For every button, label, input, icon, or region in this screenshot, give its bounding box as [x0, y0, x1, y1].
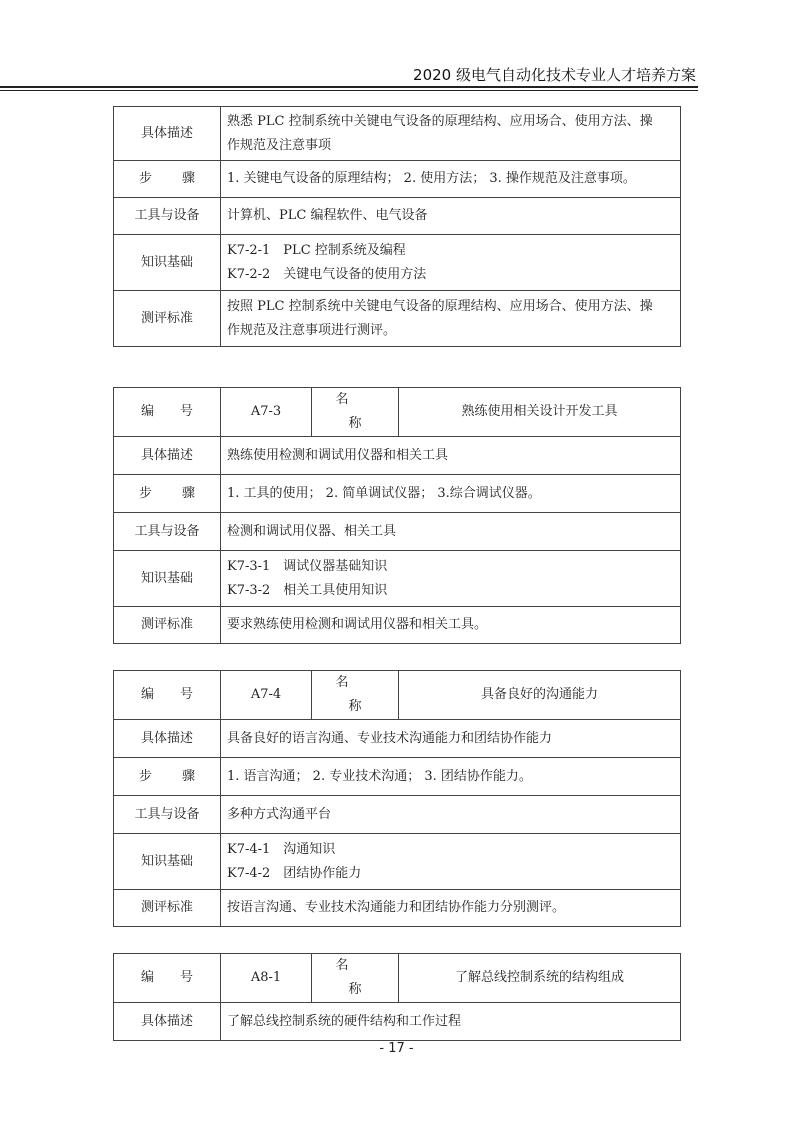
project-table-a8-1: 编号 A8-1 名称 了解总线控制系统的结构组成 具体描述 了解总线控制系统的硬… [113, 953, 681, 1041]
value-tools: 计算机、PLC 编程软件、电气设备 [221, 198, 681, 235]
label-description: 具体描述 [114, 1003, 221, 1041]
header-rule-thin [0, 90, 698, 91]
label-steps: 步骤 [114, 475, 221, 513]
row-knowledge: 知识基础 K7-2-1 PLC 控制系统及编程 K7-2-2 关键电气设备的使用… [114, 235, 681, 291]
project-table-a7-3: 编号 A7-3 名称 熟练使用相关设计开发工具 具体描述 熟练使用检测和调试用仪… [113, 387, 681, 644]
value-name: 了解总线控制系统的结构组成 [399, 954, 681, 1003]
value-description: 具备良好的语言沟通、专业技术沟通能力和团结协作能力 [221, 720, 681, 758]
label-code: 编号 [114, 388, 221, 437]
document-header-title: 2020 级电气自动化技术专业人才培养方案 [413, 64, 696, 85]
row-evaluation: 测评标准 要求熟练使用检测和调试用仪器和相关工具。 [114, 607, 681, 644]
row-header: 编号 A7-3 名称 熟练使用相关设计开发工具 [114, 388, 681, 437]
row-description: 具体描述 熟练使用检测和调试用仪器和相关工具 [114, 437, 681, 475]
label-code: 编号 [114, 671, 221, 720]
value-evaluation: 要求熟练使用检测和调试用仪器和相关工具。 [221, 607, 681, 644]
label-tools: 工具与设备 [114, 198, 221, 235]
value-evaluation: 按照 PLC 控制系统中关键电气设备的原理结构、应用场合、使用方法、操 作规范及… [221, 291, 681, 347]
value-code: A8-1 [221, 954, 312, 1003]
value-name: 熟练使用相关设计开发工具 [399, 388, 681, 437]
label-description: 具体描述 [114, 107, 221, 161]
label-tools: 工具与设备 [114, 796, 221, 834]
row-header: 编号 A7-4 名称 具备良好的沟通能力 [114, 671, 681, 720]
row-steps: 步骤 1. 语言沟通； 2. 专业技术沟通； 3. 团结协作能力。 [114, 758, 681, 796]
row-knowledge: 知识基础 K7-4-1 沟通知识 K7-4-2 团结协作能力 [114, 834, 681, 890]
label-evaluation: 测评标准 [114, 291, 221, 347]
project-table-a7-2-continued: 具体描述 熟悉 PLC 控制系统中关键电气设备的原理结构、应用场合、使用方法、操… [113, 106, 681, 347]
value-tools: 检测和调试用仪器、相关工具 [221, 513, 681, 551]
value-steps: 1. 工具的使用； 2. 简单调试仪器； 3.综合调试仪器。 [221, 475, 681, 513]
label-knowledge: 知识基础 [114, 551, 221, 607]
label-name: 名称 [312, 671, 399, 720]
label-knowledge: 知识基础 [114, 235, 221, 291]
value-code: A7-4 [221, 671, 312, 720]
value-knowledge: K7-2-1 PLC 控制系统及编程 K7-2-2 关键电气设备的使用方法 [221, 235, 681, 291]
header-rule [0, 86, 698, 88]
label-code: 编号 [114, 954, 221, 1003]
label-tools: 工具与设备 [114, 513, 221, 551]
row-tools: 工具与设备 检测和调试用仪器、相关工具 [114, 513, 681, 551]
row-description: 具体描述 具备良好的语言沟通、专业技术沟通能力和团结协作能力 [114, 720, 681, 758]
row-knowledge: 知识基础 K7-3-1 调试仪器基础知识 K7-3-2 相关工具使用知识 [114, 551, 681, 607]
value-code: A7-3 [221, 388, 312, 437]
value-description: 熟练使用检测和调试用仪器和相关工具 [221, 437, 681, 475]
value-name: 具备良好的沟通能力 [399, 671, 681, 720]
label-name: 名称 [312, 954, 399, 1003]
label-steps: 步骤 [114, 161, 221, 198]
label-description: 具体描述 [114, 437, 221, 475]
label-evaluation: 测评标准 [114, 607, 221, 644]
value-knowledge: K7-4-1 沟通知识 K7-4-2 团结协作能力 [221, 834, 681, 890]
value-steps: 1. 关键电气设备的原理结构； 2. 使用方法； 3. 操作规范及注意事项。 [221, 161, 681, 198]
label-description: 具体描述 [114, 720, 221, 758]
row-tools: 工具与设备 计算机、PLC 编程软件、电气设备 [114, 198, 681, 235]
row-description: 具体描述 了解总线控制系统的硬件结构和工作过程 [114, 1003, 681, 1041]
label-knowledge: 知识基础 [114, 834, 221, 890]
label-evaluation: 测评标准 [114, 890, 221, 927]
row-evaluation: 测评标准 按照 PLC 控制系统中关键电气设备的原理结构、应用场合、使用方法、操… [114, 291, 681, 347]
value-description: 了解总线控制系统的硬件结构和工作过程 [221, 1003, 681, 1041]
value-evaluation: 按语言沟通、专业技术沟通能力和团结协作能力分别测评。 [221, 890, 681, 927]
value-description: 熟悉 PLC 控制系统中关键电气设备的原理结构、应用场合、使用方法、操 作规范及… [221, 107, 681, 161]
row-steps: 步骤 1. 关键电气设备的原理结构； 2. 使用方法； 3. 操作规范及注意事项… [114, 161, 681, 198]
project-table-a7-4: 编号 A7-4 名称 具备良好的沟通能力 具体描述 具备良好的语言沟通、专业技术… [113, 670, 681, 927]
row-evaluation: 测评标准 按语言沟通、专业技术沟通能力和团结协作能力分别测评。 [114, 890, 681, 927]
row-steps: 步骤 1. 工具的使用； 2. 简单调试仪器； 3.综合调试仪器。 [114, 475, 681, 513]
value-tools: 多种方式沟通平台 [221, 796, 681, 834]
label-steps: 步骤 [114, 758, 221, 796]
row-tools: 工具与设备 多种方式沟通平台 [114, 796, 681, 834]
page-number: - 17 - [0, 1041, 793, 1056]
label-name: 名称 [312, 388, 399, 437]
value-steps: 1. 语言沟通； 2. 专业技术沟通； 3. 团结协作能力。 [221, 758, 681, 796]
value-knowledge: K7-3-1 调试仪器基础知识 K7-3-2 相关工具使用知识 [221, 551, 681, 607]
row-description: 具体描述 熟悉 PLC 控制系统中关键电气设备的原理结构、应用场合、使用方法、操… [114, 107, 681, 161]
row-header: 编号 A8-1 名称 了解总线控制系统的结构组成 [114, 954, 681, 1003]
